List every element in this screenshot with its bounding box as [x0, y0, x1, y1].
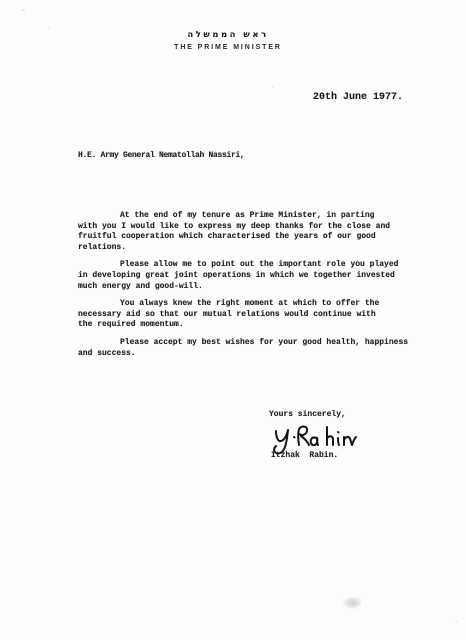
paragraph-line: in developing great joint operations in … — [78, 271, 414, 282]
date-line: 20th June 1977. — [313, 92, 403, 103]
letter-page: ראש הממשלה THE PRIME MINISTER 20th June … — [0, 0, 466, 640]
scan-speck — [272, 86, 274, 88]
letter-body: At the end of my tenure as Prime Ministe… — [78, 211, 414, 366]
typed-signatory-name: Itzhak Rabin. — [271, 451, 338, 460]
letterhead: ראש הממשלה THE PRIME MINISTER — [0, 30, 461, 51]
paragraph: You always knew the right moment at whic… — [78, 299, 414, 331]
scan-smudge — [343, 597, 362, 609]
paragraph-line: the required momentum. — [78, 320, 414, 331]
paragraph-line: fruitful cooperation which characterised… — [78, 232, 414, 243]
paragraph-line: relations. — [78, 243, 414, 254]
scan-speck — [455, 620, 458, 623]
paragraph-line: Please allow me to point out the importa… — [78, 260, 414, 271]
paragraph: Please accept my best wishes for your go… — [78, 338, 414, 359]
scan-speck — [22, 9, 25, 11]
paragraph-line: necessary aid so that our mutual relatio… — [78, 310, 414, 321]
recipient-line: H.E. Army General Nematollah Nassiri, — [78, 151, 245, 160]
paragraph-line: with you I would like to express my deep… — [78, 222, 414, 233]
paragraph: At the end of my tenure as Prime Ministe… — [78, 211, 414, 253]
paragraph-line: Please accept my best wishes for your go… — [78, 338, 414, 349]
paragraph-line: At the end of my tenure as Prime Ministe… — [78, 211, 414, 222]
paragraph-line: You always knew the right moment at whic… — [78, 299, 414, 310]
paragraph: Please allow me to point out the importa… — [78, 260, 414, 292]
paragraph-line: much energy and good-will. — [78, 282, 414, 293]
closing-salutation: Yours sincerely, — [269, 410, 346, 419]
letterhead-english-title: THE PRIME MINISTER — [0, 44, 461, 51]
scan-speck — [48, 27, 50, 29]
letterhead-hebrew-title: ראש הממשלה — [0, 30, 461, 40]
paragraph-line: and success. — [78, 349, 414, 360]
